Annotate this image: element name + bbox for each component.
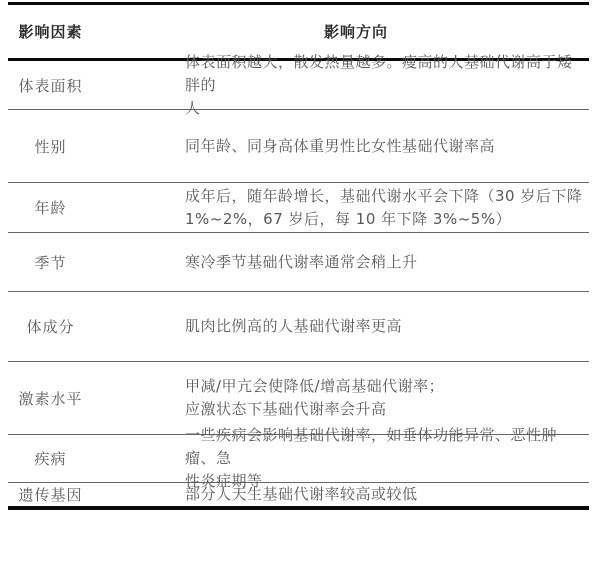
table-row: 体表面积 体表面积越大，散发热量越多。瘦高的人基础代谢高于矮胖的 人 — [8, 61, 589, 110]
row-direction-text: 部分人天生基础代谢率较高或较低 — [93, 483, 589, 506]
header-cell-direction: 影响方向 — [93, 21, 589, 42]
row-factor-label: 激素水平 — [8, 388, 93, 409]
row-factor-label: 体成分 — [8, 316, 93, 337]
row-factor-label: 体表面积 — [8, 75, 93, 96]
row-direction-text: 肌肉比例高的人基础代谢率更高 — [93, 315, 589, 338]
row-factor-label: 年龄 — [8, 197, 93, 218]
header-cell-factor: 影响因素 — [8, 21, 93, 42]
table-row: 年龄 成年后，随年龄增长，基础代谢水平会下降（30 岁后下降 1%~2%，67 … — [8, 183, 589, 233]
table-row: 体成分 肌肉比例高的人基础代谢率更高 — [8, 292, 589, 362]
row-direction-text: 成年后，随年龄增长，基础代谢水平会下降（30 岁后下降 1%~2%，67 岁后，… — [93, 185, 589, 231]
factors-table: 影响因素 影响方向 体表面积 体表面积越大，散发热量越多。瘦高的人基础代谢高于矮… — [8, 2, 589, 510]
row-factor-label: 季节 — [8, 252, 93, 273]
table-row: 季节 寒冷季节基础代谢率通常会稍上升 — [8, 233, 589, 292]
row-factor-label: 遗传基因 — [8, 484, 93, 505]
table-row: 性别 同年龄、同身高体重男性比女性基础代谢率高 — [8, 110, 589, 183]
table-row: 疾病 一些疾病会影响基础代谢率，如垂体功能异常、恶性肿瘤、急 性炎症期等 — [8, 435, 589, 483]
row-direction-text: 寒冷季节基础代谢率通常会稍上升 — [93, 251, 589, 274]
row-direction-text: 同年龄、同身高体重男性比女性基础代谢率高 — [93, 135, 589, 158]
row-direction-text: 甲减/甲亢会使降低/增高基础代谢率； 应激状态下基础代谢率会升高 — [93, 375, 589, 421]
row-factor-label: 疾病 — [8, 448, 93, 469]
row-factor-label: 性别 — [8, 136, 93, 157]
row-direction-text: 体表面积越大，散发热量越多。瘦高的人基础代谢高于矮胖的 人 — [93, 51, 589, 120]
table-row: 遗传基因 部分人天生基础代谢率较高或较低 — [8, 483, 589, 506]
